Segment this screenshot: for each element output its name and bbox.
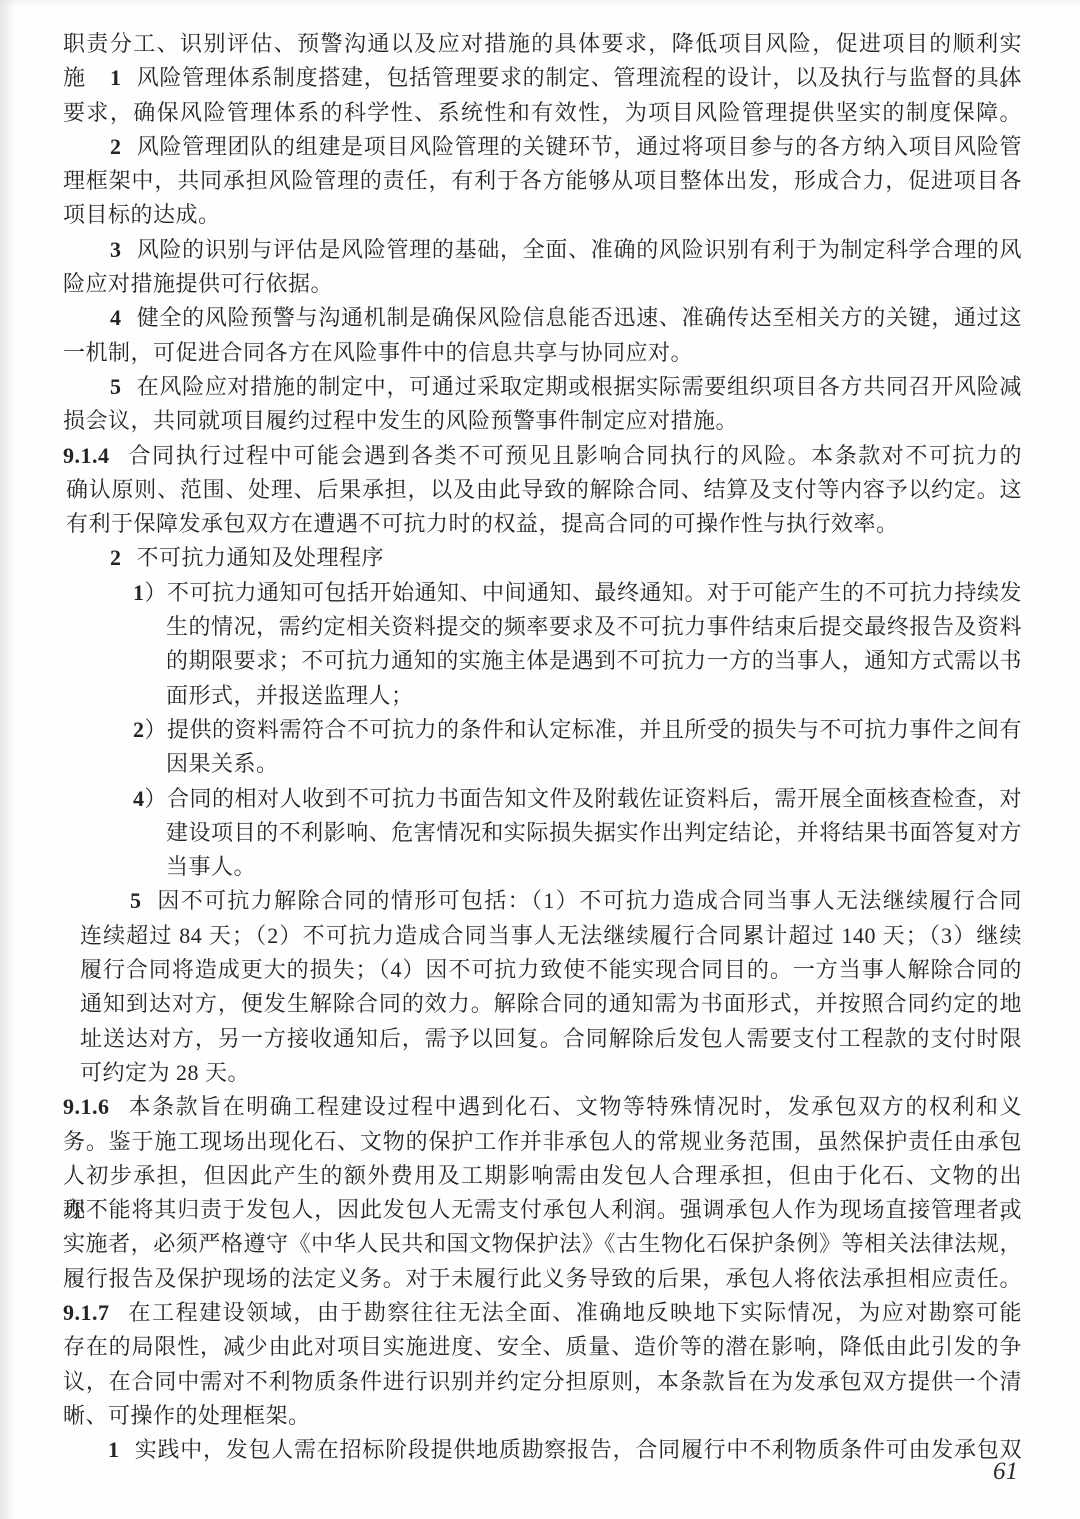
text-line: 当事人。: [166, 850, 1022, 884]
text-line: 1实践中，发包人需在招标阶段提供地质勘察报告，合同履行中不利物质条件可由发承包双: [108, 1433, 1022, 1467]
line-number-prefix: 5: [110, 374, 122, 399]
text-line: 一机制，可促进合同各方在风险事件中的信息共享与协同应对。: [63, 336, 1022, 370]
text-line: 损会议，共同就项目履约过程中发生的风险预警事件制定应对措施。: [63, 404, 1022, 438]
text-line: 可约定为 28 天。: [80, 1056, 1022, 1090]
text-line: 连续超过 84 天；（2）不可抗力造成合同当事人无法继续履行合同累计超过 140…: [80, 919, 1022, 953]
text-line: 面形式，并报送监理人；: [166, 679, 1022, 713]
text-line: 议，在合同中需对不利物质条件进行识别并约定分担原则，本条款旨在为发承包双方提供一…: [63, 1365, 1022, 1399]
text-line: 理框架中，共同承担风险管理的责任，有利于各方能够从项目整体出发，形成合力，促进项…: [63, 164, 1022, 198]
text-line: 2）提供的资料需符合不可抗力的条件和认定标准，并且所受的损失与不可抗力事件之间有: [133, 713, 1022, 747]
text-line: 9.1.7在工程建设领域，由于勘察往往无法全面、准确地反映地下实际情况，为应对勘…: [63, 1296, 1022, 1330]
text-line: 1）不可抗力通知可包括开始通知、中间通知、最终通知。对于可能产生的不可抗力持续发: [133, 576, 1022, 610]
line-number-prefix: 1: [108, 1437, 120, 1462]
text-line: 晰、可操作的处理框架。: [63, 1399, 1022, 1433]
text-line: 履行报告及保护现场的法定义务。对于未履行此义务导致的后果，承包人将依法承担相应责…: [63, 1262, 1022, 1296]
line-number-prefix: 1: [133, 580, 145, 605]
line-number-prefix: 4: [133, 786, 145, 811]
text-line: 的期限要求；不可抗力通知的实施主体是遇到不可抗力一方的当事人，通知方式需以书: [166, 644, 1022, 678]
line-number-prefix: 9.1.6: [63, 1094, 110, 1119]
text-line: 4健全的风险预警与沟通机制是确保风险信息能否迅速、准确传达至相关方的关键，通过这: [110, 301, 1022, 335]
line-number-prefix: 3: [110, 237, 122, 262]
document-page: 职责分工、识别评估、预警沟通以及应对措施的具体要求，降低项目风险，促进项目的顺利…: [0, 0, 1080, 1519]
line-number-prefix: 9.1.7: [63, 1300, 110, 1325]
text-line: 职责分工、识别评估、预警沟通以及应对措施的具体要求，降低项目风险，促进项目的顺利…: [63, 27, 1022, 61]
page-number: 61: [993, 1458, 1018, 1486]
text-line: 5在风险应对措施的制定中，可通过采取定期或根据实际需要组织项目各方共同召开风险减: [110, 370, 1022, 404]
text-line: 9.1.6本条款旨在明确工程建设过程中遇到化石、文物等特殊情况时，发承包双方的权…: [63, 1090, 1022, 1124]
text-line: 履行合同将造成更大的损失；（4）因不可抗力致使不能实现合同目的。一方当事人解除合…: [80, 953, 1022, 987]
scan-edge-artifact: [0, 0, 16, 1519]
text-line: 有利于保障发承包双方在遭遇不可抗力时的权益，提高合同的可操作性与执行效率。: [66, 507, 1022, 541]
line-number-prefix: 4: [110, 305, 122, 330]
text-line: 实施者，必须严格遵守《中华人民共和国文物保护法》《古生物化石保护条例》等相关法律…: [63, 1227, 1022, 1261]
line-number-prefix: 1: [110, 65, 122, 90]
text-line: 存在的局限性，减少由此对项目实施进度、安全、质量、造价等的潜在影响，降低由此引发…: [63, 1330, 1022, 1364]
text-line: 生的情况，需约定相关资料提交的频率要求及不可抗力事件结束后提交最终报告及资料: [166, 610, 1022, 644]
text-line: 4）合同的相对人收到不可抗力书面告知文件及附载佐证资料后，需开展全面核查检查，对: [133, 782, 1022, 816]
text-line: 9.1.4合同执行过程中可能会遇到各类不可预见且影响合同执行的风险。本条款对不可…: [63, 439, 1022, 473]
text-line: 建设项目的不利影响、危害情况和实际损失据实作出判定结论，并将结果书面答复对方: [166, 816, 1022, 850]
text-line: 因果关系。: [166, 747, 1022, 781]
text-line: 2风险管理团队的组建是项目风险管理的关键环节，通过将项目参与的各方纳入项目风险管: [110, 130, 1022, 164]
text-line: 人初步承担，但因此产生的额外费用及工期影响需由发包人合理承担，但由于化石、文物的…: [63, 1159, 1022, 1193]
content: 职责分工、识别评估、预警沟通以及应对措施的具体要求，降低项目风险，促进项目的顺利…: [63, 27, 1022, 1467]
text-line: 址送达对方，另一方接收通知后，需予以回复。合同解除后发包人需要支付工程款的支付时…: [80, 1022, 1022, 1056]
text-line: 2不可抗力通知及处理程序: [110, 541, 1022, 575]
text-line: 5因不可抗力解除合同的情形可包括：（1）不可抗力造成合同当事人无法继续履行合同: [130, 884, 1022, 918]
line-number-prefix: 2: [110, 545, 122, 570]
text-line: 1风险管理体系制度搭建，包括管理要求的制定、管理流程的设计，以及执行与监督的具体: [110, 61, 1022, 95]
scan-edge-artifact-top: [0, 0, 1080, 8]
text-line: 3风险的识别与评估是风险管理的基础，全面、准确的风险识别有利于为制定科学合理的风: [110, 233, 1022, 267]
text-line: 亦不能将其归责于发包人，因此发包人无需支付承包人利润。强调承包人作为现场直接管理…: [63, 1193, 1022, 1227]
text-line: 确认原则、范围、处理、后果承担，以及由此导致的解除合同、结算及支付等内容予以约定…: [66, 473, 1022, 507]
text-line: 险应对措施提供可行依据。: [63, 267, 1022, 301]
text-line: 通知到达对方，便发生解除合同的效力。解除合同的通知需为书面形式，并按照合同约定的…: [80, 987, 1022, 1021]
line-number-prefix: 2: [133, 717, 145, 742]
text-line: 务。鉴于施工现场出现化石、文物的保护工作并非承包人的常规业务范围，虽然保护责任由…: [63, 1125, 1022, 1159]
text-line: 要求，确保风险管理体系的科学性、系统性和有效性，为项目风险管理提供坚实的制度保障…: [63, 96, 1022, 130]
line-number-prefix: 2: [110, 134, 122, 159]
text-line: 项目标的达成。: [63, 198, 1022, 232]
line-number-prefix: 9.1.4: [63, 443, 110, 468]
line-number-prefix: 5: [130, 888, 142, 913]
